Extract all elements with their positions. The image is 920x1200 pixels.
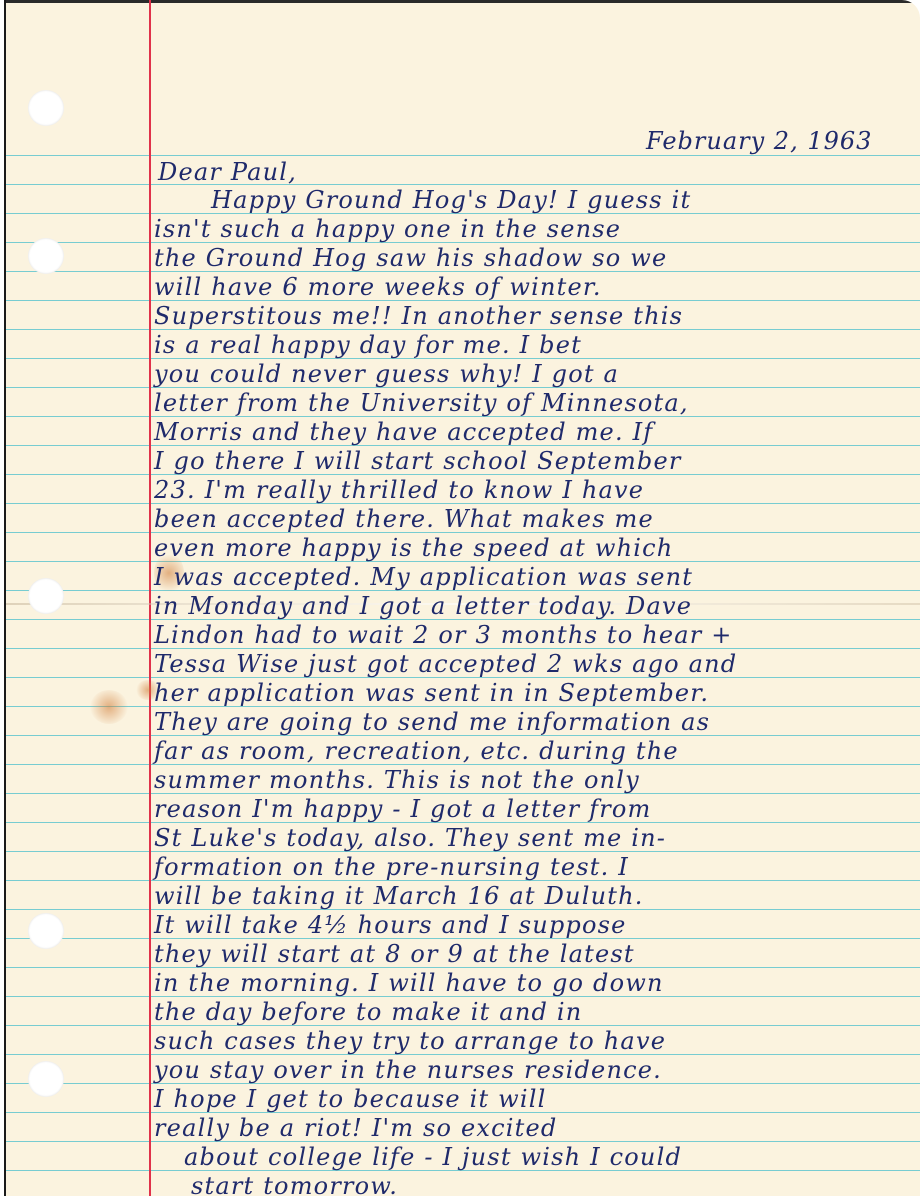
letter-line: in the morning. I will have to go down (154, 969, 664, 997)
binder-hole (28, 913, 64, 949)
letter-line: you could never guess why! I got a (154, 360, 619, 388)
letter-line: I go there I will start school September (154, 447, 682, 475)
letter-line: the day before to make it and in (154, 998, 582, 1026)
binder-hole (28, 90, 64, 126)
letter-line: Morris and they have accepted me. If (154, 418, 653, 446)
letter-line: really be a riot! I'm so excited (154, 1114, 558, 1142)
letter-line: been accepted there. What makes me (154, 505, 654, 533)
letter-line: It will take 4½ hours and I suppose (154, 911, 627, 939)
binder-hole (28, 578, 64, 614)
letter-line: will be taking it March 16 at Duluth. (154, 882, 644, 910)
letter-line: summer months. This is not the only (154, 766, 640, 794)
page-top-edge (6, 0, 920, 3)
notebook-page: February 2, 1963 Dear Paul, Happy Ground… (4, 0, 920, 1196)
letter-line: even more happy is the speed at which (154, 534, 673, 562)
letter-line: will have 6 more weeks of winter. (154, 273, 602, 301)
letter-line: isn't such a happy one in the sense (154, 215, 621, 243)
letter-line: formation on the pre-nursing test. I (154, 853, 629, 881)
letter-line: I was accepted. My application was sent (154, 563, 693, 591)
binder-hole (28, 238, 64, 274)
letter-line: reason I'm happy - I got a letter from (154, 795, 652, 823)
letter-line: is a real happy day for me. I bet (154, 331, 582, 359)
letter-line: 23. I'm really thrilled to know I have (154, 476, 644, 504)
letter-line: Tessa Wise just got accepted 2 wks ago a… (154, 650, 737, 678)
red-margin-line (149, 0, 151, 1196)
letter-line: you stay over in the nurses residence. (154, 1056, 662, 1084)
letter-line: start tomorrow. (191, 1172, 398, 1196)
letter-line: Lindon had to wait 2 or 3 months to hear… (154, 621, 733, 649)
letter-line: Happy Ground Hog's Day! I guess it (211, 186, 691, 214)
letter-line: Superstitous me!! In another sense this (154, 302, 683, 330)
letter-line: in Monday and I got a letter today. Dave (154, 592, 692, 620)
letter-line: the Ground Hog saw his shadow so we (154, 244, 667, 272)
letter-line: St Luke's today, also. They sent me in- (154, 824, 666, 852)
letter-line: I hope I get to because it will (154, 1085, 547, 1113)
rust-stain (90, 690, 128, 724)
salutation: Dear Paul, (158, 158, 297, 186)
letter-line: about college life - I just wish I could (184, 1143, 682, 1171)
letter-line: her application was sent in in September… (154, 679, 709, 707)
letter-line: far as room, recreation, etc. during the (154, 737, 679, 765)
letter-line: letter from the University of Minnesota, (154, 389, 689, 417)
letter-line: they will start at 8 or 9 at the latest (154, 940, 635, 968)
binder-hole (28, 1061, 64, 1097)
letter-line: such cases they try to arrange to have (154, 1027, 666, 1055)
letter-line: They are going to send me information as (154, 708, 710, 736)
ruled-line (6, 155, 920, 156)
letter-date: February 2, 1963 (646, 127, 872, 155)
